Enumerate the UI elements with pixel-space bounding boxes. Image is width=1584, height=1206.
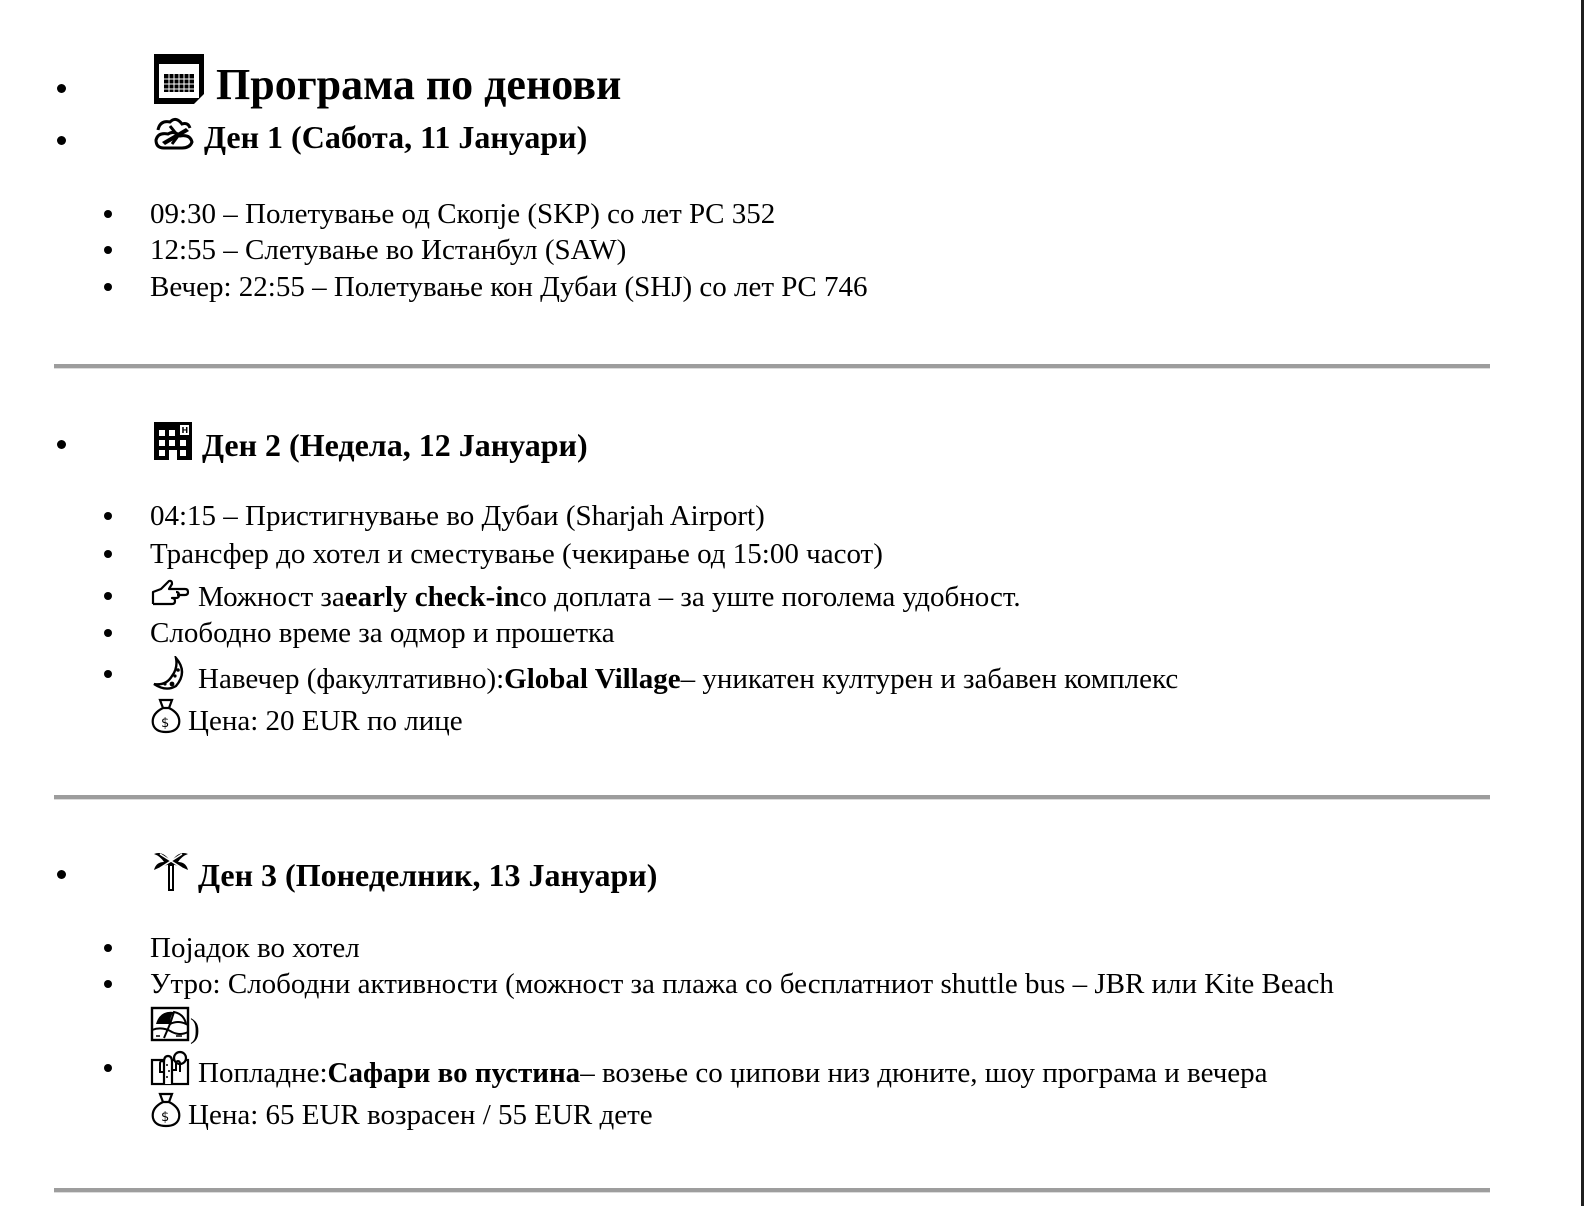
palm-tree-icon [152,850,190,900]
day-3-heading-text: Ден 3 (Понеделник, 13 Јануари) [198,857,657,894]
bold-text: Global Village [504,661,680,697]
list-item-text: Слободно време за одмор и прошетка [150,615,615,651]
hotel-icon: H [152,420,194,470]
bullet [104,592,112,600]
list-item-text: 09:30 – Полетување од Скопје (SKP) со ле… [150,196,775,232]
bullet [104,980,112,988]
bold-text: early check-in [345,579,520,615]
bullet [104,670,112,678]
pointing-hand-icon [150,578,190,615]
bold-text: Сафари во пустина [328,1055,581,1091]
list-item-text: 04:15 – Пристигнување во Дубаи (Sharjah … [150,498,765,534]
horizontal-rule [54,1188,1490,1193]
svg-text:H: H [182,426,189,435]
bullet [104,629,112,637]
day-3-heading: Ден 3 (Понеделник, 13 Јануари) [152,850,657,900]
bullet [104,550,112,558]
list-item-text: Можност за early check-in со доплата – з… [150,578,1021,615]
bullet [104,246,112,254]
list-item-text: Трансфер до хотел и сместување (чекирање… [150,536,883,572]
title-text: Програма по денови [216,59,621,110]
day-1-heading-item: Ден 1 (Сабота, 11 Јануари) [0,116,1500,176]
list-item-continuation-text: ) [150,1006,200,1051]
list-item-text: Попладне: Сафари во пустина – возење со … [150,1050,1268,1095]
page-title: Програма по денови [152,52,621,117]
bullet [57,870,66,879]
bullet [104,210,112,218]
bullet [104,512,112,520]
airplane-clouds-icon [152,116,196,158]
list-item-text: Утро: Слободни активности (можност за пл… [150,966,1334,1002]
day-3-heading-item: Ден 3 (Понеделник, 13 Јануари) [0,850,1500,910]
money-bag-icon: $ [150,1092,182,1137]
bullet [57,440,66,449]
price-text: $ Цена: 20 EUR по лице [150,698,463,743]
list-item-text: Навечер (факултативно): Global Village –… [150,656,1178,701]
svg-text:$: $ [161,716,169,731]
price-text: $ Цена: 65 EUR возрасен / 55 EUR дете [150,1092,653,1137]
horizontal-rule [54,364,1490,369]
day-2-heading: H Ден 2 (Недела, 12 Јануари) [152,420,588,470]
bullet [104,944,112,952]
calendar-icon [152,52,206,117]
bullet [104,283,112,291]
beach-umbrella-icon [150,1006,190,1051]
money-bag-icon: $ [150,698,182,743]
day-1-heading: Ден 1 (Сабота, 11 Јануари) [152,116,587,158]
list-item-text: Вечер: 22:55 – Полетување кон Дубаи (SHJ… [150,269,868,305]
desert-icon [150,1050,190,1095]
bullet [57,84,66,93]
title-item: Програма по денови [0,52,1500,112]
day-2-heading-item: H Ден 2 (Недела, 12 Јануари) [0,420,1500,480]
crescent-moon-icon [150,656,190,701]
day-2-heading-text: Ден 2 (Недела, 12 Јануари) [202,427,588,464]
list-item-text: Појадок во хотел [150,930,360,966]
list-item-text: 12:55 – Слетување во Истанбул (SAW) [150,232,626,268]
svg-text:$: $ [161,1110,169,1125]
bullet [104,1064,112,1072]
bullet [57,136,66,145]
horizontal-rule [54,795,1490,800]
day-1-heading-text: Ден 1 (Сабота, 11 Јануари) [204,119,587,156]
